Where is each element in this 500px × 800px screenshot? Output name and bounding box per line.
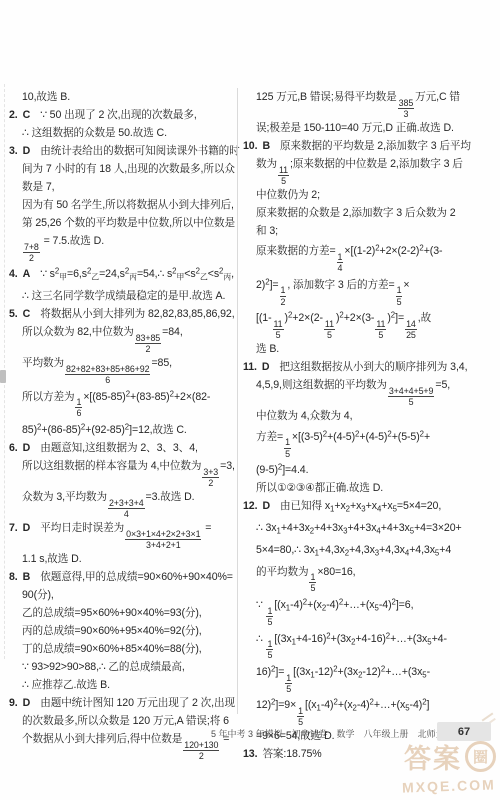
item-answer: D (262, 500, 270, 512)
line-text: ∴ 这三名同学数学成绩最稳定的是甲.故选 A. (22, 290, 225, 302)
answer-line: 选 B. (243, 340, 495, 358)
answer-line: 所以这组数据的样本容量为 4,中位数为3+32=3, (9, 457, 235, 488)
answer-line: 丁的总成绩=90×60%+85×40%=88(分), (9, 640, 235, 658)
line-text: 原来数据的平均数是 2,添加数字 3 后平均 (280, 140, 471, 152)
line-text: ∴ 应推荐乙.故选 B. (22, 679, 110, 691)
item-answer: D (23, 145, 31, 157)
line-text: 把这组数据按从小到大的顺序排列为 3,4, (279, 361, 467, 373)
answer-line: ∴ 这组数据的众数是 50.故选 C. (9, 124, 235, 142)
line-text: ∴ 3x1+4+3x2+4+3x3+4+3x4+4+3x5+4=3×20+ (256, 522, 462, 534)
footer-paper: 初中试卷 (292, 727, 328, 740)
watermark-brand: 答案 圈 (402, 737, 496, 776)
line-text: 和 3; (256, 225, 278, 237)
answer-line: 5×4=80,∴ 3x1+4,3x2+4,3x3+4,3x4+4,3x5+4 (243, 541, 495, 563)
answer-line: [(1-115)2+2×(2-115)2+2×(3-115)2]=1425,故 (243, 307, 495, 340)
line-text: 4,5,9,则这组数据的平均数为3+4+4+5+95=5, (256, 379, 450, 391)
answer-item-line: 7.D平均日走时误差为0×3+1×4+2×2+3×13+4+2+1 = (9, 519, 235, 550)
answers-column-left: 10,故选 B.2.C∵ 50 出现了 2 次,出现的次数最多,∴ 这组数据的众… (9, 88, 235, 761)
line-text: 方差=15×[(3-5)2+(4-5)2+(4-5)2+(5-5)2+ (256, 431, 430, 443)
answer-line: (9-5)2]=4.4. (243, 459, 495, 480)
line-text: 将数据从小到大排列为 82,82,83,85,86,92, (40, 308, 234, 320)
line-text: 乙的总成绩=95×60%+90×40%=93(分), (22, 607, 202, 619)
answer-line: ∴ 这三名同学数学成绩最稳定的是甲.故选 A. (9, 287, 235, 305)
answer-line: 和 3; (243, 222, 495, 240)
item-answer: C (23, 109, 31, 121)
line-text: 丙的总成绩=90×60%+95×40%=92(分), (22, 625, 202, 637)
item-answer: D (23, 442, 31, 454)
item-number: 3. (9, 145, 18, 157)
item-number: 8. (9, 571, 18, 583)
item-number: 11. (243, 361, 257, 373)
item-answer: B (262, 140, 270, 152)
line-text: 85)2+(86-85)2+(92-85)2]=12,故选 C. (22, 424, 187, 436)
line-text: 所以众数为 82,中位数为83+852=84, (22, 326, 183, 338)
line-text: 数是 7, (22, 181, 54, 193)
watermark-site: MXQE.COM (402, 776, 496, 795)
answer-line: 原来数据的方差=14×[(1-2)2+2×(2-2)2+(3- (243, 240, 495, 273)
answer-item-line: 8.B依题意得,甲的总成绩=90×60%+90×40%= (9, 568, 235, 586)
answer-item-line: 11.D把这组数据按从小到大的顺序排列为 3,4, (243, 358, 495, 376)
item-answer: D (262, 361, 270, 373)
answer-line: 数是 7, (9, 178, 235, 196)
line-text: ∵ s2甲=6,s2乙=24,s2丙=54,∴ s2甲<s2乙<s2丙, (40, 268, 234, 280)
watermark-circle-icon: 圈 (465, 741, 496, 772)
item-answer: A (23, 268, 31, 280)
line-text: 第 25,26 个数的平均数是中位数,所以中位数是 (22, 217, 235, 229)
line-text: [(1-115)2+2×(2-115)2+2×(3-115)2]=1425,故 (256, 312, 431, 324)
answer-item-line: 6.D由题意知,这组数据为 2、3、3、4, (9, 439, 235, 457)
line-text: 5×4=80,∴ 3x1+4,3x2+4,3x3+4,3x4+4,3x5+4 (256, 544, 451, 556)
answer-line: 数为115;原来数据的中位数是 2,添加数字 3 后 (243, 155, 495, 186)
answer-item-line: 5.C将数据从小到大排列为 82,82,83,85,86,92, (9, 305, 235, 323)
answer-line: 间为 7 小时的有 18 人,出现的次数最多,所以众 (9, 160, 235, 178)
answer-item-line: 3.D由统计表给出的数据可知阅读课外书籍的时 (9, 142, 235, 160)
line-text: ∴ 这组数据的众数是 50.故选 C. (22, 127, 167, 139)
line-text: ∴ 15[(3x1+4-16)2+(3x2+4-16)2+…+(3x5+4- (256, 633, 447, 645)
line-text: 由题意知,这组数据为 2、3、3、4, (40, 442, 198, 454)
item-number: 12. (243, 500, 257, 512)
answer-line: 所以众数为 82,中位数为83+852=84, (9, 323, 235, 354)
line-text: 所以这组数据的样本容量为 4,中位数为3+32=3, (22, 460, 235, 472)
answer-line: ∴ 应推荐乙.故选 B. (9, 676, 235, 694)
answer-line: 平均数为82+82+83+85+86+926=85, (9, 354, 235, 385)
answer-line: 乙的总成绩=95×60%+90×40%=93(分), (9, 604, 235, 622)
answer-line: 7+82 = 7.5.故选 D. (9, 232, 235, 263)
line-text: 平均日走时误差为0×3+1×4+2×2+3×13+4+2+1 = (40, 522, 211, 534)
line-text: 由已知得 x1+x2+x3+x4+x5=5×4=20, (280, 500, 441, 512)
answer-line: ∴ 15[(3x1+4-16)2+(3x2+4-16)2+…+(3x5+4- (243, 627, 495, 660)
line-text: 的平均数为15×80=16, (256, 566, 356, 578)
answer-line: 因为有 50 名学生,所以将数据从小到大排列后, (9, 196, 235, 214)
line-text: 由题中统计图知 120 万元出现了 2 次,出现 (40, 697, 235, 709)
line-text: ∵ 15[(x1-4)2+(x2-4)2+…+(x5-4)2]=6, (256, 599, 413, 611)
item-answer: D (23, 522, 31, 534)
answers-column-right: 125 万元,B 错误;易得平均数是3853万元,C 错误;极差是 150-11… (243, 88, 495, 763)
line-text: 所以方差为16×[(85-85)2+(83-85)2+2×(82- (22, 391, 210, 403)
answer-line: 误;极差是 150-110=40 万元,D 正确.故选 D. (243, 119, 495, 137)
line-text: 因为有 50 名学生,所以将数据从小到大排列后, (22, 199, 234, 211)
item-number: 6. (9, 442, 18, 454)
line-text: 依题意得,甲的总成绩=90×60%+90×40%= (40, 571, 233, 583)
answer-line: 10,故选 B. (9, 88, 235, 106)
answer-line: 4,5,9,则这组数据的平均数为3+4+4+5+95=5, (243, 376, 495, 407)
answer-page: 10,故选 B.2.C∵ 50 出现了 2 次,出现的次数最多,∴ 这组数据的众… (0, 0, 500, 800)
line-text: 间为 7 小时的有 18 人,出现的次数最多,所以众 (22, 163, 235, 175)
line-text: 16)2]=15[(3x1-12)2+(3x2-12)2+…+(3x5- (256, 666, 430, 678)
answer-line: ∵ 93>92>90>88,∴ 乙的总成绩最高, (9, 658, 235, 676)
line-text: 125 万元,B 错误;易得平均数是3853万元,C 错 (256, 91, 460, 103)
line-text: (9-5)2]=4.4. (256, 464, 308, 476)
column-divider (237, 88, 238, 714)
line-text: 原来数据的方差=14×[(1-2)2+2×(2-2)2+(3- (256, 245, 442, 257)
answer-item-line: 12.D由已知得 x1+x2+x3+x4+x5=5×4=20, (243, 497, 495, 519)
answer-line: 原来数据的众数是 2,添加数字 3 后众数为 2 (243, 204, 495, 222)
footer-subject: 数学 (337, 727, 355, 740)
item-number: 4. (9, 268, 18, 280)
answer-item-line: 4.A∵ s2甲=6,s2乙=24,s2丙=54,∴ s2甲<s2乙<s2丙, (9, 263, 235, 287)
answer-line: 1.1 s,故选 D. (9, 550, 235, 568)
item-number: 13. (243, 748, 257, 760)
item-number: 2. (9, 109, 18, 121)
item-number: 7. (9, 522, 18, 534)
line-text: 中位数为 4,众数为 4, (256, 410, 352, 422)
scan-artifact (0, 370, 6, 383)
answer-line: 16)2]=15[(3x1-12)2+(3x2-12)2+…+(3x5- (243, 661, 495, 694)
line-text: 选 B. (256, 343, 279, 355)
answer-line: 85)2+(86-85)2+(92-85)2]=12,故选 C. (9, 419, 235, 440)
answer-item-line: 2.C∵ 50 出现了 2 次,出现的次数最多, (9, 106, 235, 124)
line-text: 答案:18.75% (262, 748, 321, 760)
answer-line: 第 25,26 个数的平均数是中位数,所以中位数是 (9, 214, 235, 232)
line-text: 12)2]=9×15[(x1-4)2+(x2-4)2+…+(x5-4)2] (256, 699, 429, 711)
line-text: 90(分), (22, 589, 54, 601)
answer-line: 方差=15×[(3-5)2+(4-5)2+(4-5)2+(5-5)2+ (243, 425, 495, 458)
line-text: 由统计表给出的数据可知阅读课外书籍的时 (40, 145, 239, 157)
answer-line: 所以方差为16×[(85-85)2+(83-85)2+2×(82- (9, 385, 235, 418)
line-text: 中位数仍为 2; (256, 189, 320, 201)
answer-line: ∴ 3x1+4+3x2+4+3x3+4+3x4+4+3x5+4=3×20+ (243, 519, 495, 541)
item-answer: C (23, 308, 31, 320)
answer-line: 125 万元,B 错误;易得平均数是3853万元,C 错 (243, 88, 495, 119)
line-text: 7+82 = 7.5.故选 D. (22, 235, 104, 247)
answer-line: 丙的总成绩=90×60%+95×40%=92(分), (9, 622, 235, 640)
answer-line: 中位数仍为 2; (243, 186, 495, 204)
line-text: 平均数为82+82+83+85+86+926=85, (22, 357, 172, 369)
item-number: 5. (9, 308, 18, 320)
answer-item-line: 9.D由题中统计图知 120 万元出现了 2 次,出现 (9, 694, 235, 712)
line-text: ∵ 50 出现了 2 次,出现的次数最多, (40, 109, 197, 121)
line-text: 原来数据的众数是 2,添加数字 3 后众数为 2 (256, 207, 456, 219)
answer-line: 众数为 3,平均数为2+3+3+44=3.故选 D. (9, 488, 235, 519)
footer-series: 5 年中考 3 年模拟 (211, 727, 283, 740)
line-text: 数为115;原来数据的中位数是 2,添加数字 3 后 (256, 158, 463, 170)
answer-line: 90(分), (9, 586, 235, 604)
answer-line: ∵ 15[(x1-4)2+(x2-4)2+…+(x5-4)2]=6, (243, 594, 495, 627)
line-text: 丁的总成绩=90×60%+85×40%=88(分), (22, 643, 202, 655)
watermark-brand-text: 答案 (404, 737, 462, 776)
line-text: 所以①②③④都正确.故选 D. (256, 482, 383, 494)
item-answer: B (23, 571, 31, 583)
line-text: 1.1 s,故选 D. (22, 553, 82, 565)
line-text: 2)2]=12, 添加数字 3 后的方差=15× (256, 279, 410, 291)
answer-line: 2)2]=12, 添加数字 3 后的方差=15× (243, 273, 495, 306)
line-text: 10,故选 B. (22, 91, 70, 103)
watermark-logo: 答案 圈 MXQE.COM (402, 737, 496, 794)
line-text: ∵ 93>92>90>88,∴ 乙的总成绩最高, (22, 661, 185, 673)
item-number: 9. (9, 697, 18, 709)
line-text: 误;极差是 150-110=40 万元,D 正确.故选 D. (256, 122, 454, 134)
answer-line: 的平均数为15×80=16, (243, 563, 495, 594)
answer-item-line: 10.B原来数据的平均数是 2,添加数字 3 后平均 (243, 137, 495, 155)
line-text: 众数为 3,平均数为2+3+3+44=3.故选 D. (22, 491, 194, 503)
answer-line: 中位数为 4,众数为 4, (243, 407, 495, 425)
item-answer: D (23, 697, 31, 709)
item-number: 10. (243, 140, 257, 152)
answer-line: 所以①②③④都正确.故选 D. (243, 479, 495, 497)
